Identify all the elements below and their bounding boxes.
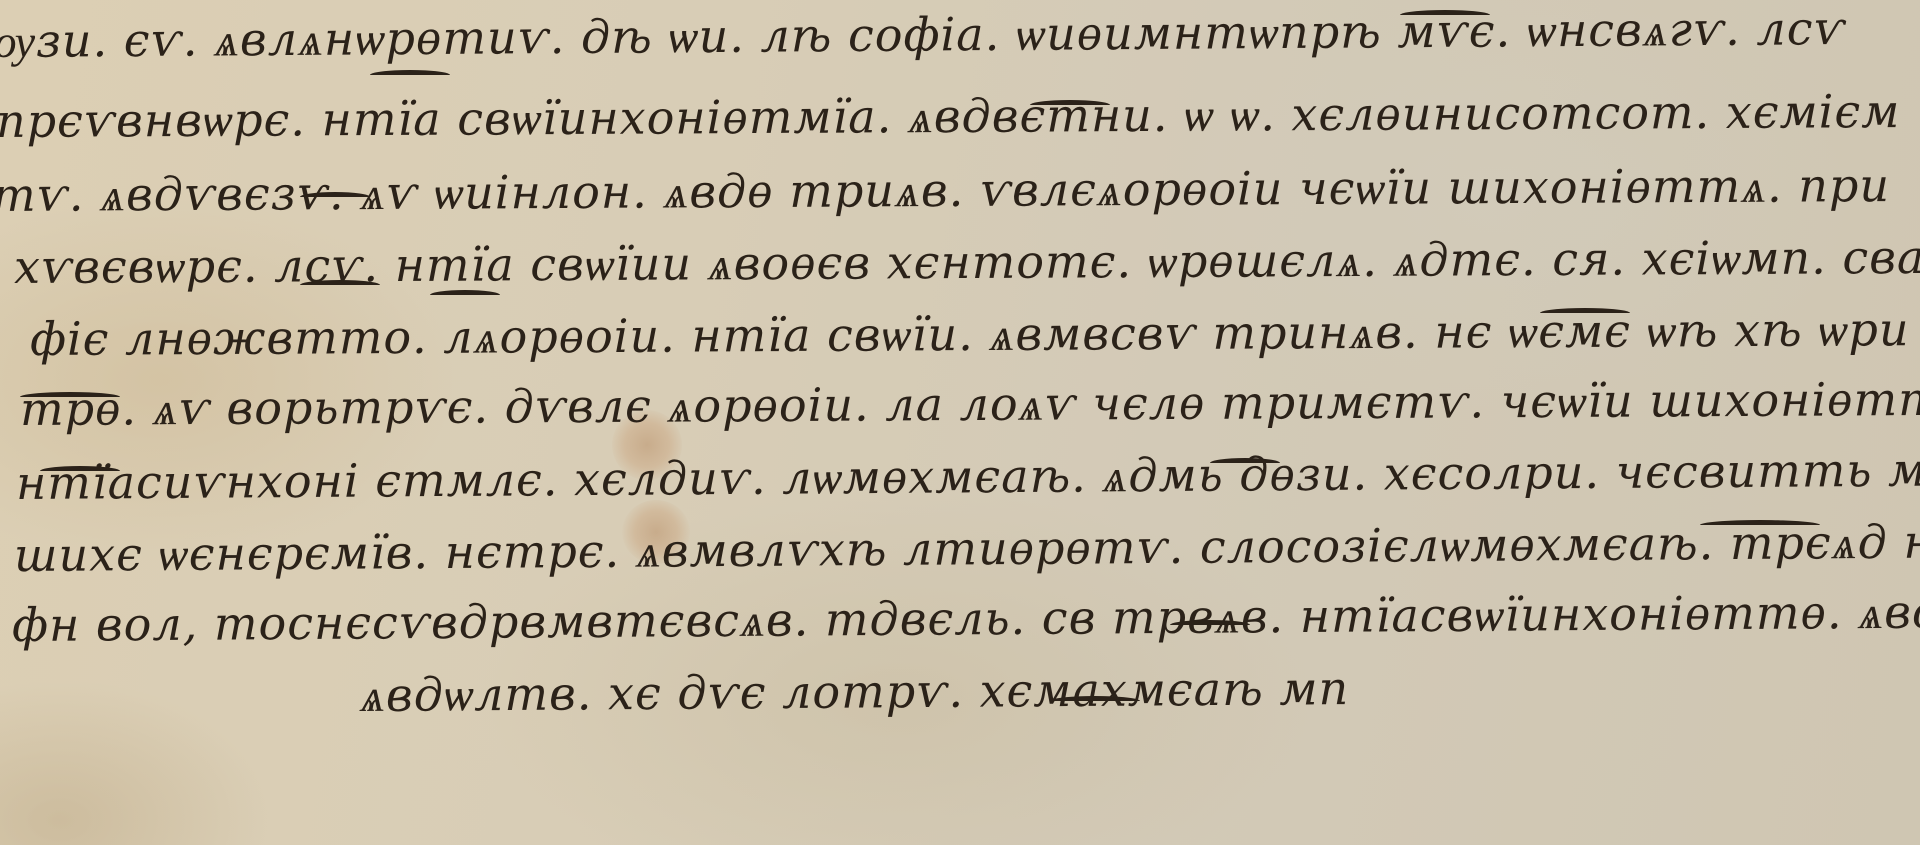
manuscript-line: прєѵвнвѡрє. нтїа свѡїинхоніѳтмїа. ѧвдвєт…	[0, 84, 1900, 148]
manuscript-line: ѧвдѡлтв. хє дѵє лотрѵ. хємахмєаѣ мп	[360, 661, 1349, 722]
manuscript-line: фн вол, тоснєсѵвдрвмвтєвсѧв. тдвєль. св …	[12, 584, 1920, 652]
titlo-mark	[20, 392, 120, 402]
manuscript-line: тѵ. ѧвдѵвєзѵ. ѧѵ ѡиінлон. ѧвдѳ триѧв. ѵв…	[0, 158, 1890, 222]
manuscript-line: нтїасиѵнхоні єтмлє. хєлдиѵ. лѡмѳхмєаѣ. ѧ…	[16, 442, 1920, 510]
titlo-mark	[300, 192, 370, 202]
manuscript-line: шихє ѡєнєрємїв. нєтрє. ѧвмвлѵхѣ лтиѳрѳтѵ…	[14, 514, 1920, 582]
titlo-mark	[370, 70, 450, 80]
titlo-mark	[40, 466, 120, 476]
titlo-mark	[300, 280, 380, 290]
titlo-mark	[430, 290, 500, 300]
titlo-mark	[1540, 308, 1630, 318]
titlo-mark	[1030, 100, 1110, 110]
manuscript-line: ѹзи. єѵ. ѧвлѧнѡрѳтиѵ. дѣ ѡи. лѣ софіа. ѡ…	[0, 1, 1846, 68]
manuscript-line: трѳ. ѧѵ ворьтрѵє. дѵвлє ѧорѳоіи. ла лоѧѵ…	[20, 372, 1920, 436]
manuscript-page: ѹзи. єѵ. ѧвлѧнѡрѳтиѵ. дѣ ѡи. лѣ софіа. ѡ…	[0, 0, 1920, 845]
titlo-mark	[1400, 10, 1490, 20]
